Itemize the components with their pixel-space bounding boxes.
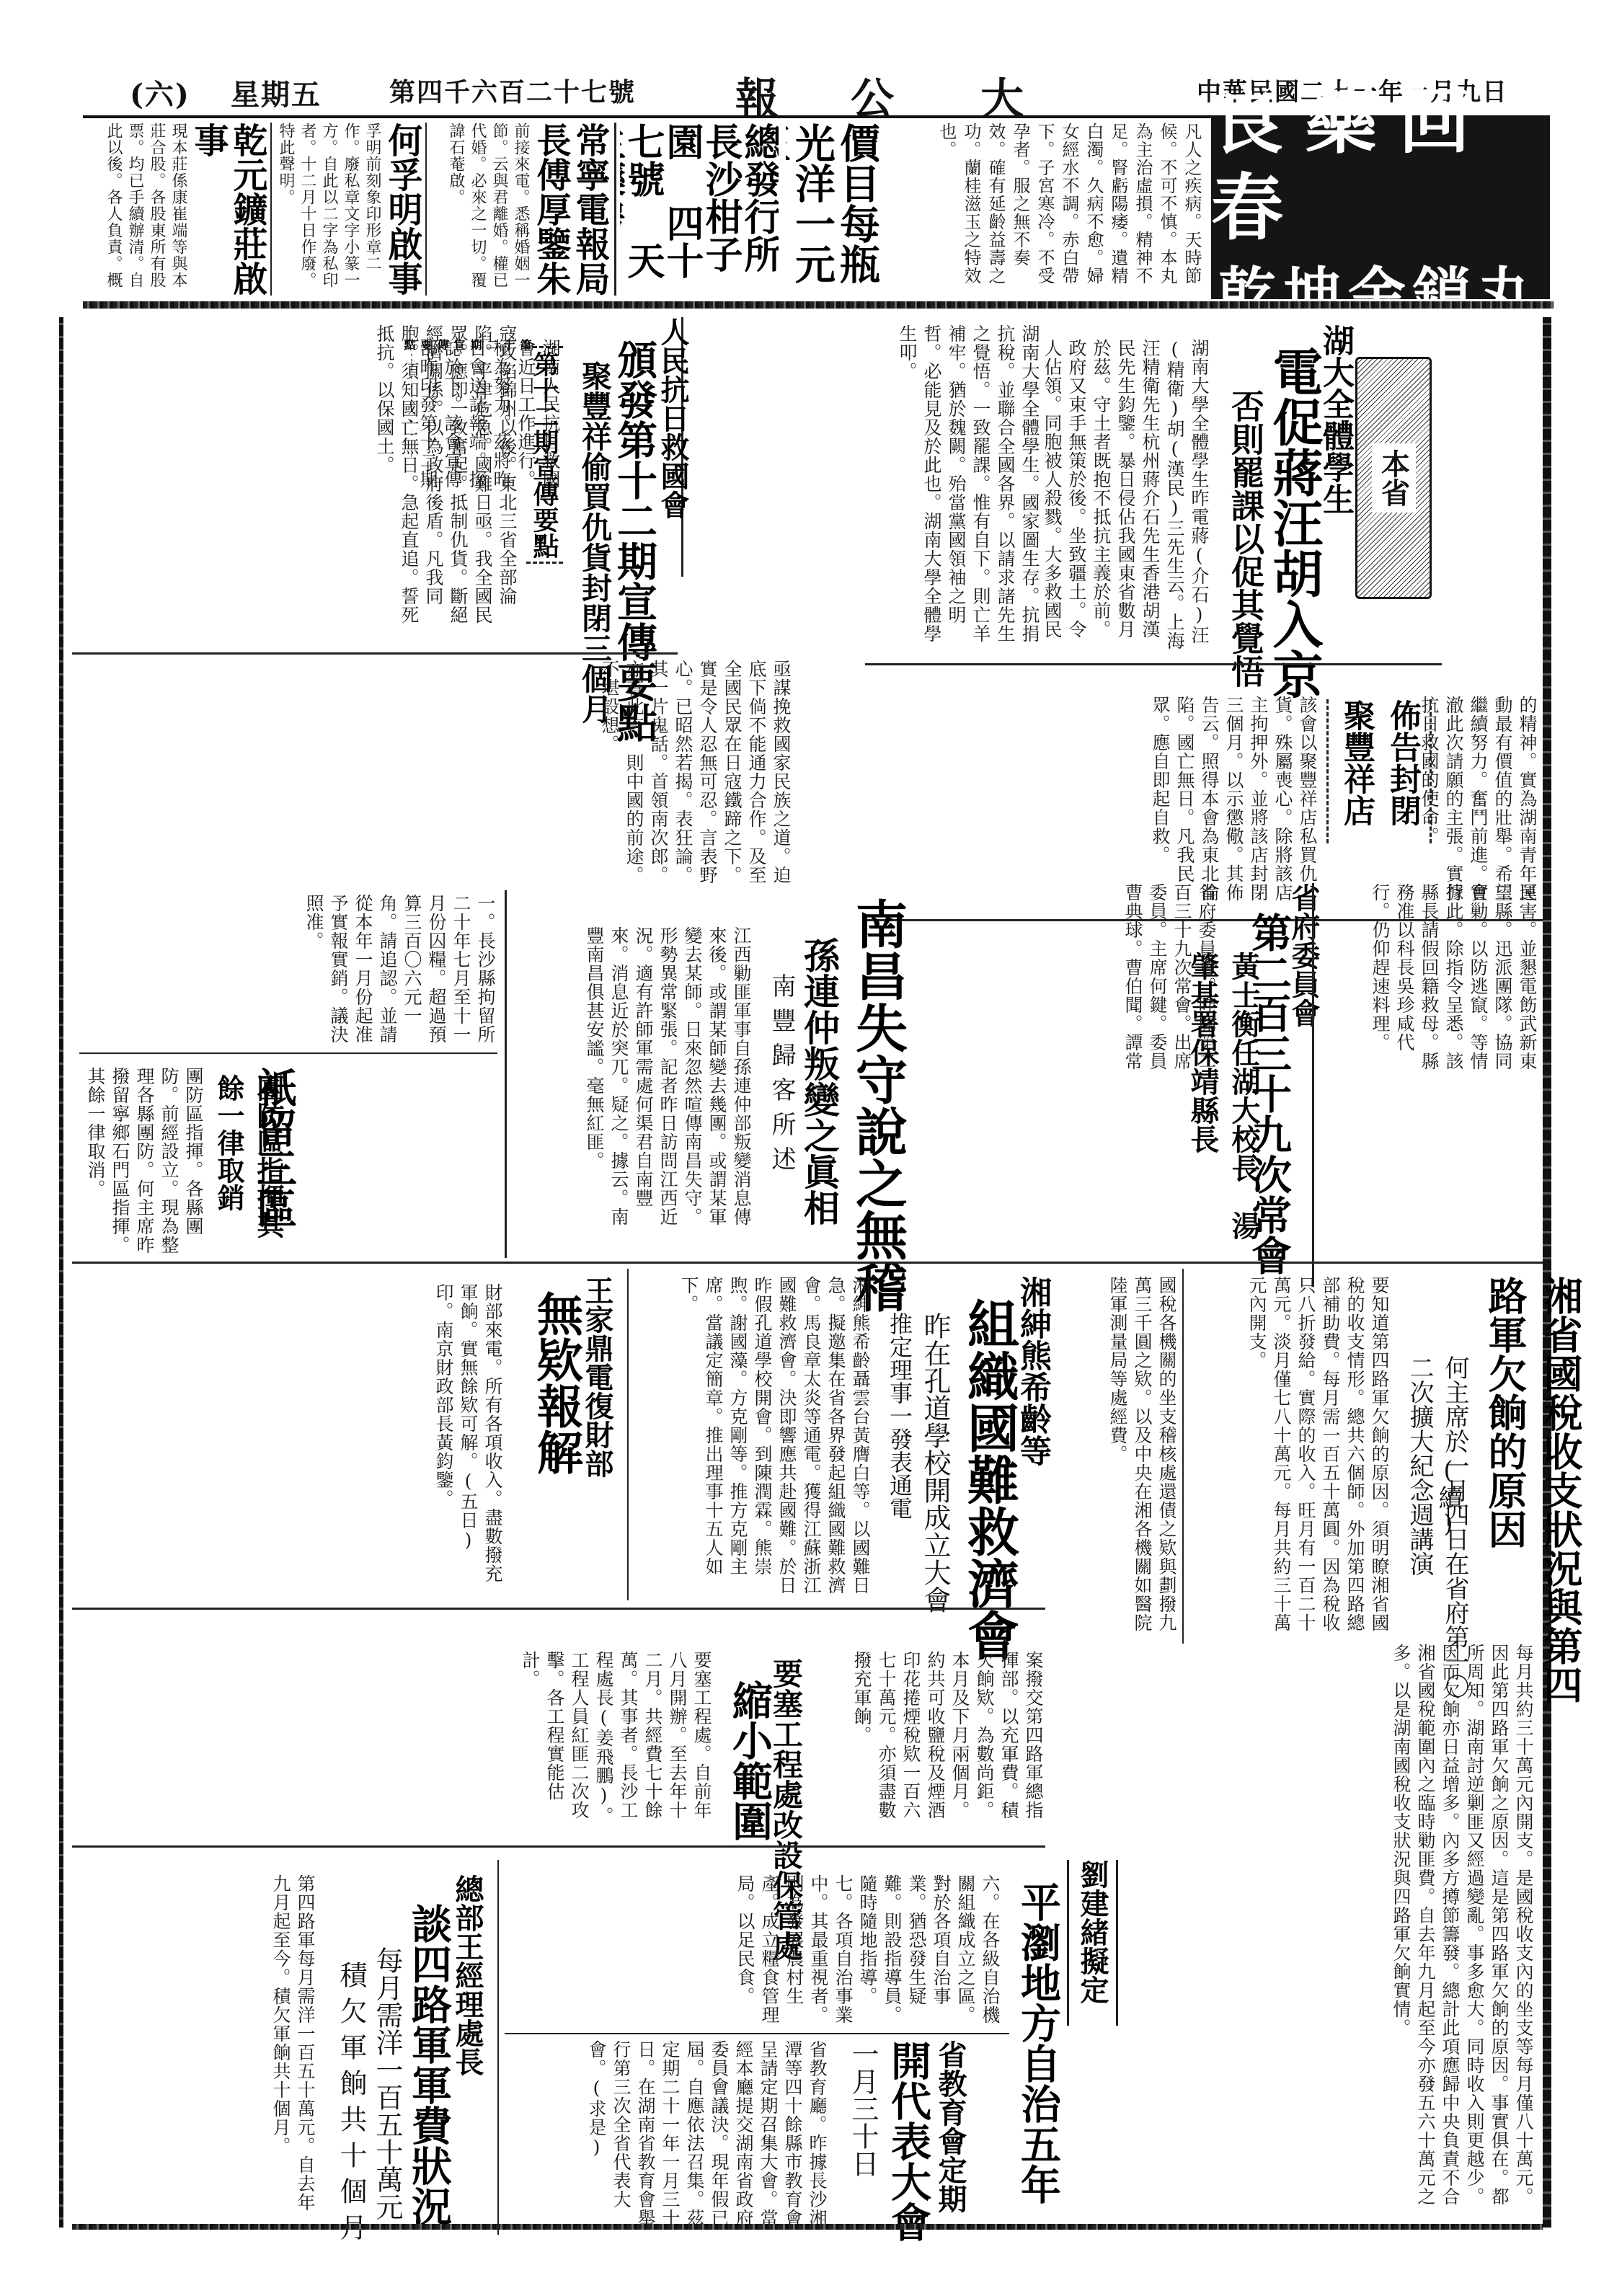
article-body: 該會以聚豐祥店私買仇貨。殊屬喪心。除將該店主拘押外。並將該店封閉三個月。以示懲儆… (1117, 696, 1319, 912)
article-body: 的精神。實為湖南青年運動最有價值的壯舉。希望繼續努力。奮鬥前進。實澈此次請願的主… (1413, 696, 1539, 912)
article-headline: 無欵報解 (523, 1290, 589, 1475)
bottom-rule (72, 2224, 1543, 2230)
article-divider (72, 1262, 1543, 1264)
article-headline: 組織國難救濟會 (952, 1298, 1027, 1661)
section-label-box: 本省 (1355, 357, 1432, 599)
article-body: 財部來電。所有各項收入。盡數撥充軍餉。實無餘欵可解。(五日)印。南京財政部長黃鈞… (72, 1283, 505, 1586)
notice-text: 孚明前刻象印形章二作。廢私章文字小篆一方。自此以二字為私印者。十二月十日作廢。特… (275, 123, 383, 296)
notice-text: 前接來電。悉稱婚姻一節。云與君離婚。權已代婚。必來之一切。覆諱石菴啟。 (445, 123, 531, 296)
article-body: 湘紳熊希齡聶雲台黃膺白等。以國難日急。擬邀集在省各界發起組織國難救濟會。馬良章太… (634, 1276, 872, 1600)
article-body: 一。長沙縣拘留所二十年七月至十一月份囚糧。超過預算三百〇六元一角。請追認。並請從… (72, 894, 497, 1045)
article-body: 六。在各級自治機關組織成立之區。對於各項自治事業。猶恐發生疑難。則設指導員。隨時… (505, 1874, 1002, 2029)
notice-text: 現本莊係康崔端等與本莊合股。各股東所有股票。均已手續辦清。自此以後。各人負責。概… (105, 123, 189, 296)
ad-copy: 凡人之疾病。天時節候。不可不慎。本丸為主治虛損。精神不足。腎虧陽痿。遺精白濁。久… (887, 123, 1204, 296)
page-number: (六) (130, 72, 190, 113)
ad-banner-line1: 良藥回春 (1211, 78, 1550, 251)
column-divider (1182, 1269, 1184, 1644)
article-byline: 積欠軍餉共十個月 (332, 1961, 371, 2249)
article-divider (505, 2033, 1009, 2034)
article-subhead: 孫連仲叛變之眞相 (793, 937, 845, 1225)
article-body: 案撥交第四路軍總指揮部。以充軍費。積欠餉欵。為數尚鉅。本月及下月兩個月。約共可收… (807, 1651, 1045, 1831)
article-divider (72, 652, 678, 655)
notice-changning: 常寧電報局長傅厚鑒朱 前接來電。悉稱婚姻一節。云與君離婚。權已代婚。必來之一切。… (429, 123, 609, 296)
article-body: 要塞工程處。自前年八月開辦。至去年十二月。共經費七十餘萬。其事者。長沙工程處長(… (72, 1651, 714, 1831)
column-divider (614, 123, 616, 296)
inset-title: 第十二期宣傳要點 (526, 346, 563, 564)
article-byline: 推定理事一發表通電 (883, 1312, 916, 1520)
article-body: 省府委員會。昨開第二百三十九次常會。出席委員。主席何鍵。委員曹典球。曹伯聞。譚常… (1125, 883, 1218, 1071)
article-body-continued: 亟謀挽救國家民族之道。迫底下倘不能通力合作。及至全國民眾在日寇鐵蹄之下。實是令人… (72, 660, 793, 890)
article-divider (79, 1052, 497, 1054)
ad-band-rule (83, 301, 1554, 309)
article-divider (865, 663, 1442, 665)
article-subhead: 一月三十日 (843, 2040, 883, 2177)
column-divider (497, 1860, 499, 2235)
page-right-border (1543, 317, 1551, 2228)
section-label: 本省 (1372, 443, 1416, 513)
column-divider (505, 890, 507, 1258)
column-divider (1312, 883, 1314, 1287)
ad-distributor: 總發行所 長沙柑子園 四十七號 天生藥房 (620, 123, 779, 296)
article-body: 湖南大學全體學生昨電蔣(介石)汪(精衛)胡(漢民)三先生云。上海汪精衛先生杭州蔣… (1045, 339, 1211, 656)
column-divider (270, 123, 272, 296)
article-body: 江西勦匪軍事自孫連仲部叛變消息傳來後。或謂某師變去幾團。或謂某軍變去某師。日來忽… (515, 926, 753, 1244)
article-headline: 南昌失守說之無稽 (840, 897, 915, 1313)
column-divider (627, 1269, 629, 1600)
article-divider (72, 1845, 1045, 1848)
article-subhead: 團防區指揮其餘一律取銷 (209, 1074, 288, 1247)
article-body-continued: 每月共約三十萬元內開支。是國稅收支內的坐支等每月僅八十萬元。因此第四路軍欠餉之原… (1052, 1644, 1535, 2220)
article-byline: 南豐歸客所述 (764, 973, 799, 1181)
notice-he-fuming: 何孚明啟事 孚明前刻象印形章二作。廢私章文字小篆一方。自此以二字為私印者。十二月… (274, 123, 422, 296)
article-divider (72, 1608, 1045, 1610)
article-body: 要知道第四路軍欠餉的原因。須明瞭湘省國稅的收支情形。總共六個師。外加第四路總部補… (1197, 1276, 1391, 1636)
article-subhead: 昨在孔道學校開成立大會 (916, 1312, 955, 1613)
ad-price-heading: 價目每瓶 (833, 123, 879, 284)
notice-qianyuan: 乾元鑛莊啟事 現本莊係康崔端等與本莊合股。各股東所有股票。均已手續辦清。自此以後… (105, 123, 267, 296)
notice-title: 何孚明啟事 (383, 123, 422, 296)
article-body: 團防區指揮。各縣團防。前經設立。現為整理各縣團防。何主席昨撥留寧鄉石門區指揮。其… (72, 1067, 205, 1254)
article-subhead: 否則罷課以促其覺悟 (1222, 389, 1269, 688)
article-body-continued: 寇攻陷錦州以後。東北三省全部淪陷。平津危急。國難日亟。我全國民眾。應即一致奮起。… (72, 324, 519, 634)
article-body-continued: 湖南大學全體學生。國家圖生存。抗捐抗稅。並聯合全國各界。以請求諸先生之覺悟。一致… (688, 324, 1042, 649)
medicine-ad-banner: 良藥回春 乾坤金鎖丸 (1211, 115, 1550, 299)
article-body: 省教育廳。昨據長沙湘潭等四十餘縣市教育會呈請定期召集大會。當經本廳提交湖南省政府… (505, 2040, 829, 2235)
article-subhead: 每月需洋一百五十萬元 (368, 1946, 407, 2220)
article-headline: 開代表大會 (879, 2040, 937, 2242)
issue-number: 第四千六百二十七號 (389, 72, 636, 109)
article-body-continued: 國稅各機關的坐支稽核處還債之欵與劃撥九萬三千圓之欵。以及中央在湘各機關如醫院陸軍… (1052, 1276, 1179, 1636)
column-divider (425, 123, 427, 296)
notice-title: 乾元鑛莊啟事 (189, 123, 267, 296)
ad-price-value: 光洋一元正 (786, 123, 836, 284)
page-left-border (59, 317, 63, 2228)
notice-title: 常寧電報局長傅厚鑒朱 (531, 123, 609, 296)
weekday: 星期五 (231, 72, 322, 113)
ad-banner-line2: 乾坤金鎖丸 (1218, 251, 1543, 337)
ad-price: 價目每瓶 光洋一元正 (786, 123, 879, 296)
article-body: 民害。並懇電飭武新東三縣。迅派團隊。協同會勦。以防逃竄。等情據此。除指令呈悉。該… (1316, 883, 1539, 1078)
article-body: 第四路軍每月需洋一百五十萬元。自去年九月起至今。積欠軍餉共十個月。 (72, 1874, 317, 2220)
article-headline: 談四路軍軍費狀況 (400, 1903, 458, 2226)
